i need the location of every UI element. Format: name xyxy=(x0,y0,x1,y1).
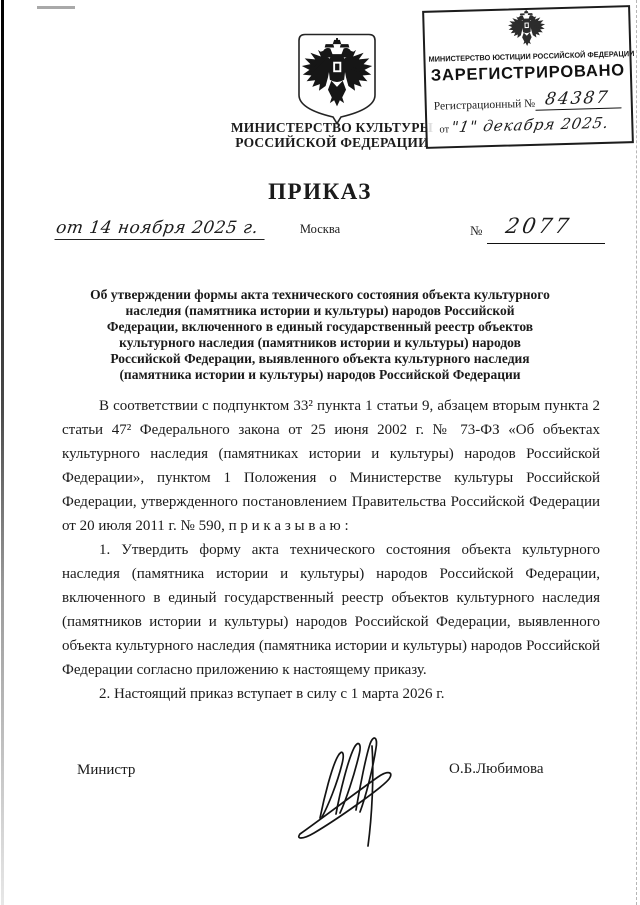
order-body: В соответствии с подпунктом 33² пункта 1… xyxy=(62,394,600,706)
stamp-registration-number-row: Регистрационный №84387 xyxy=(433,89,626,115)
body-paragraph-item1: 1. Утвердить форму акта технического сос… xyxy=(62,538,600,682)
stamp-date-prefix: от xyxy=(439,124,449,135)
document-page: МИНИСТЕРСТВО КУЛЬТУРЫ РОССИЙСКОЙ ФЕДЕРАЦ… xyxy=(0,0,640,905)
stamp-reg-number-label: Регистрационный № xyxy=(434,98,536,113)
minister-signature xyxy=(286,720,406,848)
stamp-eagle-icon xyxy=(506,9,547,50)
signatory-name: О.Б.Любимова xyxy=(449,761,544,778)
stamp-registered-label: ЗАРЕГИСТРИРОВАНО xyxy=(426,61,630,86)
body-paragraph-item2: 2. Настоящий приказ вступает в силу с 1 … xyxy=(62,682,600,706)
scan-mark-artifact xyxy=(37,6,75,9)
stamp-date-row: от "1" декабря 2025. xyxy=(439,114,610,137)
justice-registration-stamp: МИНИСТЕРСТВО ЮСТИЦИИ РОССИЙСКОЙ ФЕДЕРАЦИ… xyxy=(422,5,634,149)
scan-edge-artifact-right xyxy=(636,0,637,905)
body-paragraph-preamble: В соответствии с подпунктом 33² пункта 1… xyxy=(62,394,600,538)
document-type-title: ПРИКАЗ xyxy=(0,179,640,205)
order-number-underline xyxy=(487,243,605,244)
stamp-date-handwritten: "1" декабря 2025. xyxy=(450,114,611,137)
signatory-position: Министр xyxy=(77,762,135,779)
russia-coat-of-arms-icon xyxy=(296,32,378,126)
scan-edge-artifact-left xyxy=(1,0,4,905)
order-number-label: № xyxy=(470,223,482,239)
stamp-reg-number-handwritten: 84387 xyxy=(536,87,625,110)
order-number-handwritten: 2077 xyxy=(504,214,574,238)
order-subject-title: Об утверждении формы акта технического с… xyxy=(48,287,592,383)
